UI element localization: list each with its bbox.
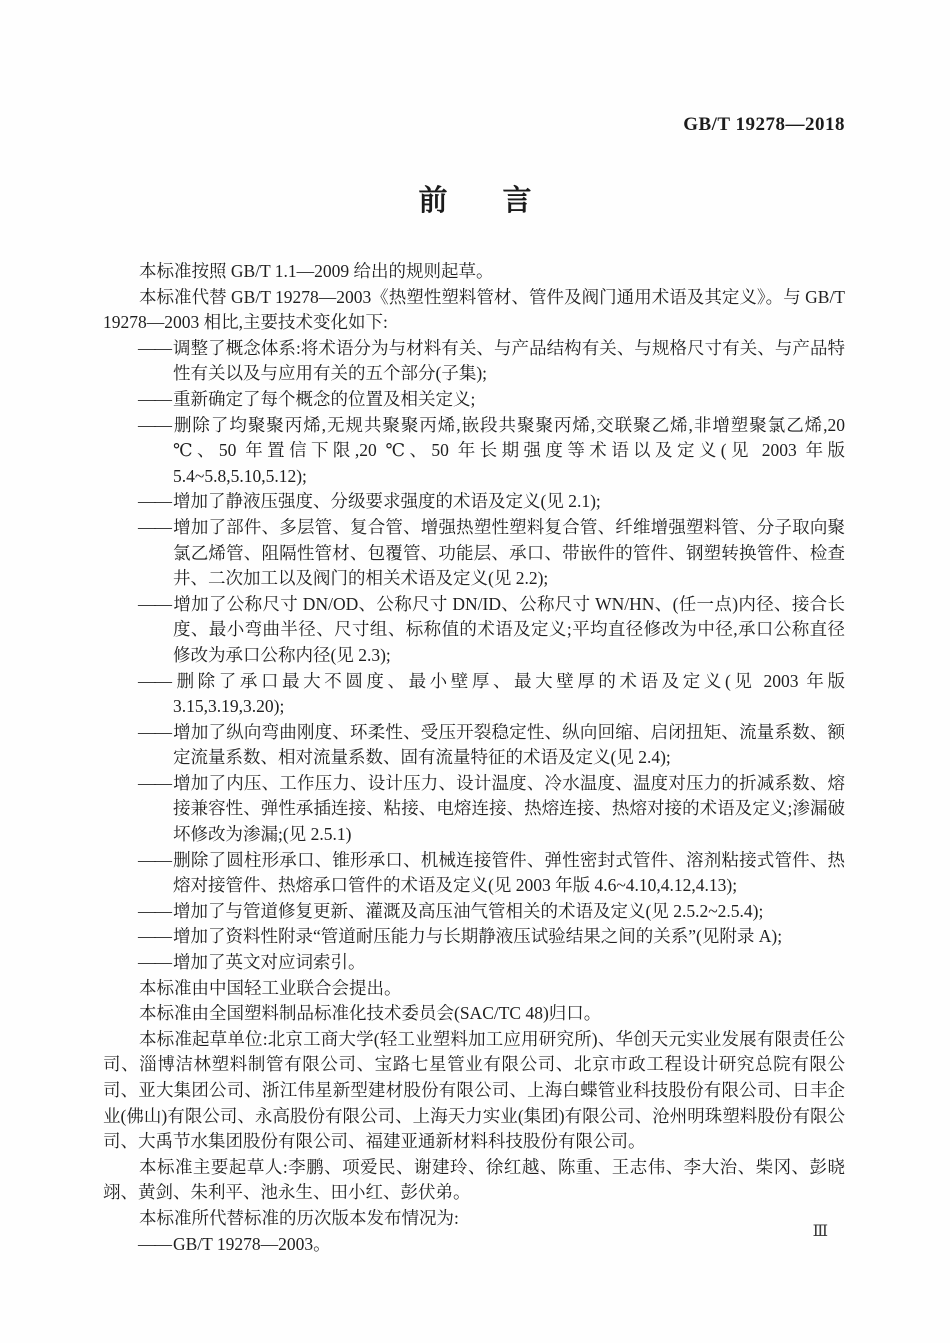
- page-title: 前言: [0, 178, 950, 219]
- foreword-paragraph: 本标准由中国轻工业联合会提出。: [103, 976, 845, 1002]
- list-item-dash: ——: [138, 413, 173, 439]
- foreword-list-item: ——删除了承口最大不圆度、最小壁厚、最大壁厚的术语及定义(见 2003 年版 3…: [103, 669, 845, 720]
- list-item-dash: ——: [138, 899, 173, 925]
- list-item-dash: ——: [138, 1232, 173, 1258]
- list-item-text: 增加了与管道修复更新、灌溉及高压油气管相关的术语及定义(见 2.5.2~2.5.…: [173, 901, 763, 921]
- page-number: Ⅲ: [813, 1221, 828, 1241]
- list-item-dash: ——: [138, 720, 173, 746]
- list-item-dash: ——: [138, 592, 173, 618]
- foreword-list-item: ——增加了纵向弯曲刚度、环柔性、受压开裂稳定性、纵向回缩、启闭扭矩、流量系数、额…: [103, 720, 845, 771]
- list-item-text: 删除了均聚聚丙烯,无规共聚聚丙烯,嵌段共聚聚丙烯,交联聚乙烯,非增塑聚氯乙烯,2…: [173, 415, 845, 486]
- foreword-list-item: ——增加了资料性附录“管道耐压能力与长期静液压试验结果之间的关系”(见附录 A)…: [103, 924, 845, 950]
- list-item-text: 增加了英文对应词索引。: [173, 952, 366, 972]
- list-item-dash: ——: [138, 669, 173, 695]
- list-item-text: 增加了纵向弯曲刚度、环柔性、受压开裂稳定性、纵向回缩、启闭扭矩、流量系数、额定流…: [173, 722, 845, 768]
- foreword-list-item: ——删除了均聚聚丙烯,无规共聚聚丙烯,嵌段共聚聚丙烯,交联聚乙烯,非增塑聚氯乙烯…: [103, 413, 845, 490]
- list-item-text: 增加了内压、工作压力、设计压力、设计温度、冷水温度、温度对压力的折减系数、熔接兼…: [173, 773, 845, 844]
- list-item-dash: ——: [138, 924, 173, 950]
- foreword-list-item: ——重新确定了每个概念的位置及相关定义;: [103, 387, 845, 413]
- foreword-paragraph: 本标准起草单位:北京工商大学(轻工业塑料加工应用研究所)、华创天元实业发展有限责…: [103, 1027, 845, 1155]
- list-item-dash: ——: [138, 950, 173, 976]
- foreword-list-item: ——GB/T 19278—2003。: [103, 1232, 845, 1258]
- foreword-list-item: ——增加了部件、多层管、复合管、增强热塑性塑料复合管、纤维增强塑料管、分子取向聚…: [103, 515, 845, 592]
- list-item-dash: ——: [138, 771, 173, 797]
- list-item-text: 增加了公称尺寸 DN/OD、公称尺寸 DN/ID、公称尺寸 WN/HN、(任一点…: [173, 594, 845, 665]
- foreword-list-item: ——增加了与管道修复更新、灌溉及高压油气管相关的术语及定义(见 2.5.2~2.…: [103, 899, 845, 925]
- foreword-paragraph: 本标准所代替标准的历次版本发布情况为:: [103, 1206, 845, 1232]
- list-item-text: 增加了资料性附录“管道耐压能力与长期静液压试验结果之间的关系”(见附录 A);: [173, 926, 782, 946]
- foreword-list-item: ——增加了静液压强度、分级要求强度的术语及定义(见 2.1);: [103, 489, 845, 515]
- foreword-list-item: ——删除了圆柱形承口、锥形承口、机械连接管件、弹性密封式管件、溶剂粘接式管件、热…: [103, 848, 845, 899]
- list-item-dash: ——: [138, 489, 173, 515]
- standard-number: GB/T 19278—2018: [103, 114, 845, 136]
- list-item-text: GB/T 19278—2003。: [173, 1234, 331, 1254]
- foreword-list-item: ——增加了英文对应词索引。: [103, 950, 845, 976]
- foreword-paragraph: 本标准主要起草人:李鹏、项爱民、谢建玲、徐红越、陈重、王志伟、李大治、柴冈、彭晓…: [103, 1155, 845, 1206]
- list-item-dash: ——: [138, 515, 173, 541]
- list-item-text: 重新确定了每个概念的位置及相关定义;: [173, 389, 475, 409]
- document-page: GB/T 19278—2018 前言 本标准按照 GB/T 1.1—2009 给…: [0, 0, 950, 1343]
- list-item-text: 删除了承口最大不圆度、最小壁厚、最大壁厚的术语及定义(见 2003 年版 3.1…: [173, 671, 845, 717]
- list-item-dash: ——: [138, 848, 173, 874]
- list-item-text: 增加了静液压强度、分级要求强度的术语及定义(见 2.1);: [173, 491, 601, 511]
- foreword-list-item: ——调整了概念体系:将术语分为与材料有关、与产品结构有关、与规格尺寸有关、与产品…: [103, 336, 845, 387]
- foreword-list-item: ——增加了公称尺寸 DN/OD、公称尺寸 DN/ID、公称尺寸 WN/HN、(任…: [103, 592, 845, 669]
- list-item-text: 调整了概念体系:将术语分为与材料有关、与产品结构有关、与规格尺寸有关、与产品特性…: [173, 338, 845, 384]
- foreword-paragraph: 本标准由全国塑料制品标准化技术委员会(SAC/TC 48)归口。: [103, 1001, 845, 1027]
- foreword-body: 本标准按照 GB/T 1.1—2009 给出的规则起草。本标准代替 GB/T 1…: [103, 259, 845, 1257]
- list-item-text: 增加了部件、多层管、复合管、增强热塑性塑料复合管、纤维增强塑料管、分子取向聚氯乙…: [173, 517, 845, 588]
- list-item-dash: ——: [138, 387, 173, 413]
- list-item-dash: ——: [138, 336, 173, 362]
- foreword-list-item: ——增加了内压、工作压力、设计压力、设计温度、冷水温度、温度对压力的折减系数、熔…: [103, 771, 845, 848]
- foreword-paragraph: 本标准代替 GB/T 19278—2003《热塑性塑料管材、管件及阀门通用术语及…: [103, 285, 845, 336]
- foreword-paragraph: 本标准按照 GB/T 1.1—2009 给出的规则起草。: [103, 259, 845, 285]
- list-item-text: 删除了圆柱形承口、锥形承口、机械连接管件、弹性密封式管件、溶剂粘接式管件、热熔对…: [173, 850, 845, 896]
